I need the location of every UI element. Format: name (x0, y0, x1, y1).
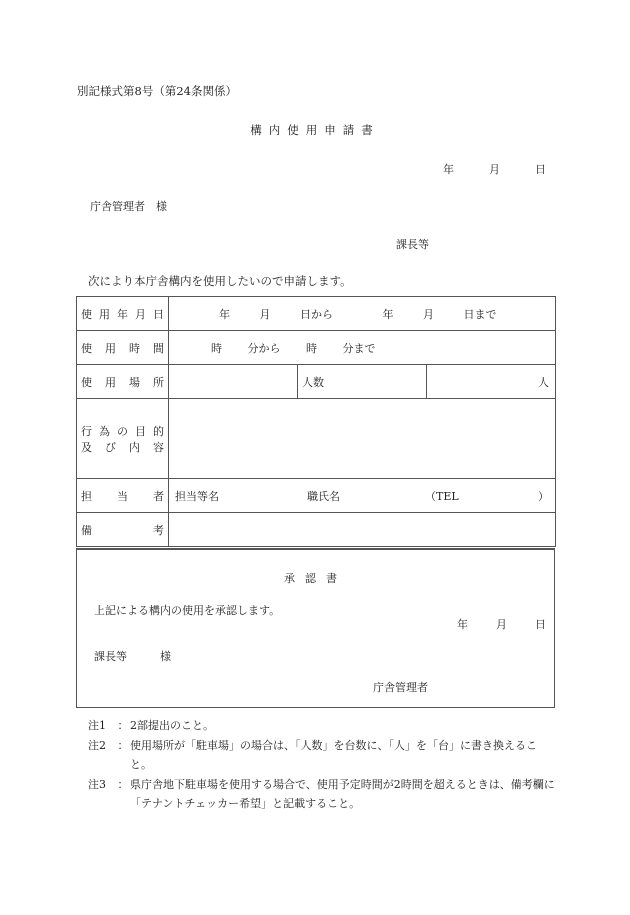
note-item: 注2：使用場所が「駐車場」の場合は、「人数」を台数に、「人」を「台」に書き換える… (88, 736, 558, 775)
table-row-remarks: 備考 (77, 513, 556, 547)
application-table: 使用年月日 年 月 日から 年 月 日まで 使用時間 時 分から 時 分まで 使… (76, 296, 556, 547)
addressee: 庁舎管理者 様 (90, 198, 167, 214)
date-month: 月 (489, 161, 500, 177)
row-label: 使用年月日 (77, 297, 169, 331)
row-label: 備考 (77, 513, 169, 547)
table-row-contact: 担当者 担当等名 職氏名 （TEL ） (77, 479, 556, 513)
date-day: 日 (535, 161, 546, 177)
approval-section: 承認書 上記による構内の使用を承認します。 年月日 課長等 様 庁舎管理者 (76, 548, 555, 708)
notes-list: 注1：2部提出のこと。 注2：使用場所が「駐車場」の場合は、「人数」を台数に、「… (88, 716, 558, 814)
approval-recipient: 課長等 様 (94, 648, 171, 664)
table-row-place: 使用場所 人数 人 (77, 365, 556, 399)
row-label: 担当者 (77, 479, 169, 513)
approval-text: 上記による構内の使用を承認します。 (94, 602, 280, 618)
row-label: 行為の目的 及び内容 (77, 399, 169, 479)
usage-place-field[interactable] (169, 365, 298, 399)
table-row-time: 使用時間 時 分から 時 分まで (77, 331, 556, 365)
remarks-field[interactable] (169, 513, 556, 547)
contact-field[interactable]: 担当等名 職氏名 （TEL ） (169, 479, 556, 513)
document-title: 構内使用申請書 (0, 122, 630, 138)
purpose-field[interactable] (169, 399, 556, 479)
date-year: 年 (443, 161, 454, 177)
usage-date-field[interactable]: 年 月 日から 年 月 日まで (169, 297, 556, 331)
approval-title: 承認書 (77, 570, 554, 586)
note-item: 注3：県庁舎地下駐車場を使用する場合で、使用予定時間が2時間を超えるときは、備考… (88, 775, 558, 814)
intro-text: 次により本庁舎構内を使用したいので申請します。 (88, 273, 352, 289)
applicant-title: 課長等 (396, 236, 429, 252)
table-row-purpose: 行為の目的 及び内容 (77, 399, 556, 479)
row-label: 使用時間 (77, 331, 169, 365)
count-label: 人数 (298, 365, 427, 399)
application-date: 年 月 日 (443, 161, 546, 177)
row-label: 使用場所 (77, 365, 169, 399)
approval-date: 年月日 (457, 616, 546, 632)
table-row-date: 使用年月日 年 月 日から 年 月 日まで (77, 297, 556, 331)
approval-issuer: 庁舎管理者 (373, 679, 428, 695)
usage-time-field[interactable]: 時 分から 時 分まで (169, 331, 556, 365)
note-item: 注1：2部提出のこと。 (88, 716, 558, 736)
count-field[interactable]: 人 (427, 365, 556, 399)
form-number-label: 別記様式第8号（第24条関係） (77, 83, 237, 99)
